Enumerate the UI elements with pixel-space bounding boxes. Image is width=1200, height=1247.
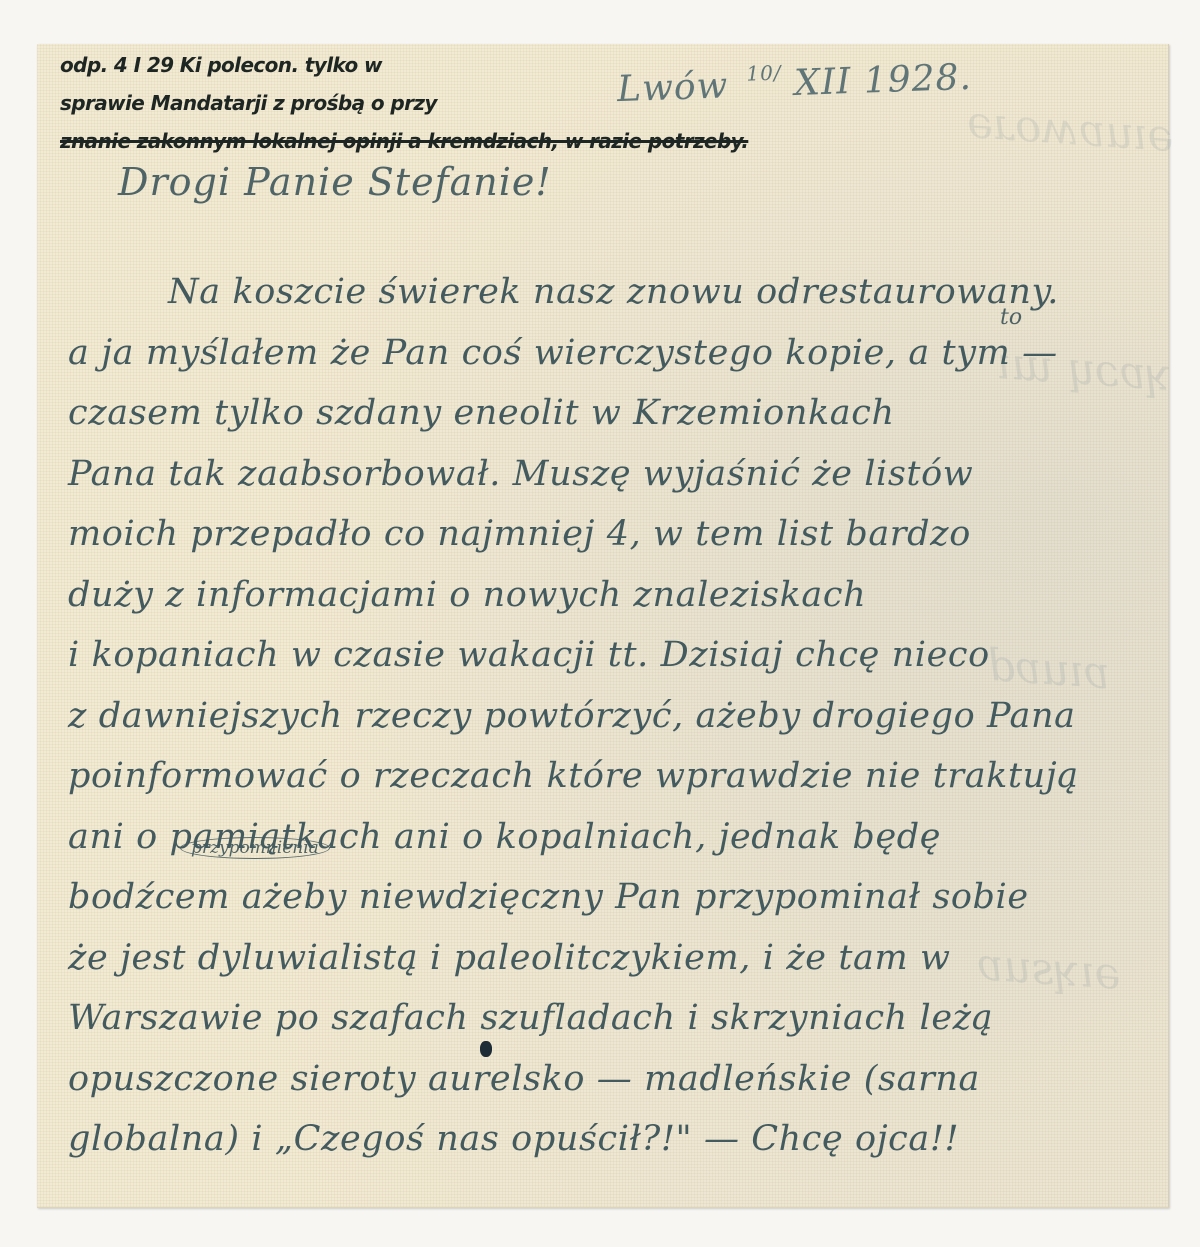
date-day: 10/	[746, 60, 782, 85]
body-line: poinformować o rzeczach które wprawdzie …	[68, 746, 1148, 807]
ink-blot	[480, 1041, 492, 1057]
body-line: globalna) i „Czegoś nas opuścił?!" — Chc…	[68, 1109, 1148, 1170]
body-line: Pana tak zaabsorbował. Muszę wyjaśnić że…	[68, 444, 1148, 505]
body-line: z dawniejszych rzeczy powtórzyć, ażeby d…	[68, 686, 1148, 747]
body-line: i kopaniach w czasie wakacji tt. Dzisiaj…	[68, 625, 1148, 686]
salutation: Drogi Panie Stefanie!	[118, 160, 552, 204]
date-month-year: XII 1928.	[794, 57, 973, 104]
date-place: Lwów	[616, 65, 729, 110]
body-line: Warszawie po szafach szufladach i skrzyn…	[68, 988, 1148, 1049]
body-line: opuszczone sieroty aurelsko — madleńskie…	[68, 1049, 1148, 1110]
body-line: a ja myślałem że Pan coś wierczystego ko…	[68, 323, 1148, 384]
annotation-line: znanie zakonnym lokalnej opinji a kremdz…	[60, 122, 1040, 160]
body-line: że jest dyluwialistą i paleolitczykiem, …	[68, 928, 1148, 989]
scan-background: ǝıuɐʍoɹǝ ʞɐɔɥ ɯı ɐıuɐd ǝıʞsuɐ odp. 4 I 2…	[0, 0, 1200, 1247]
body-line: ani o pamiątkach ani o kopalniach, jedna…	[68, 807, 1148, 868]
body-line: czasem tylko szdany eneolit w Krzemionka…	[68, 383, 1148, 444]
body-line: moich przepadło co najmniej 4, w tem lis…	[68, 504, 1148, 565]
body-line: bodźcem ażeby niewdzięczny Pan przypomin…	[68, 867, 1148, 928]
body-line: duży z informacjami o nowych znaleziskac…	[68, 565, 1148, 626]
letter-body: Na koszcie świerek nasz znowu odrestauro…	[68, 262, 1148, 1170]
body-line: Na koszcie świerek nasz znowu odrestauro…	[68, 262, 1148, 323]
